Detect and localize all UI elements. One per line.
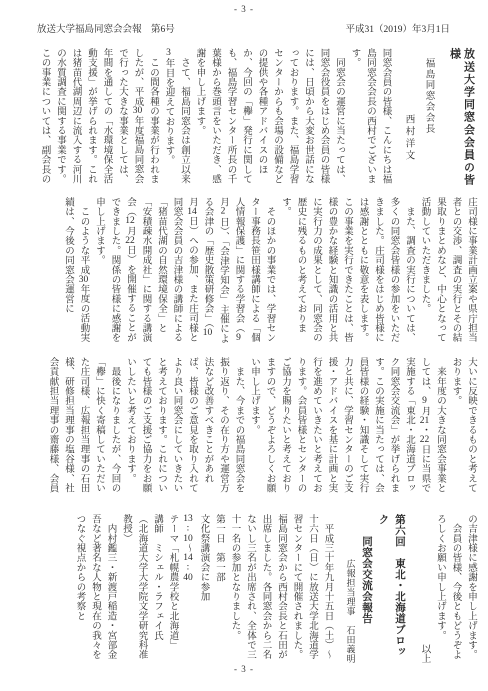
page-number-bottom: - 3 - xyxy=(0,664,488,674)
article1-band3: 大いに反映できるものと考えております。 来年度の大きな同窓会事業としては、9月2… xyxy=(36,357,478,495)
article2-title: 第六回 東北・北海道ブロック 同窓会交流会報告 xyxy=(358,514,408,663)
newsletter-title: 放送大学福島同窓会会報 第6号 xyxy=(37,21,175,35)
article1-title-block: 放送大学同窓会会員の皆様 福島同窓会会長 西村洋文 xyxy=(393,48,479,188)
article2-header: 第六回 東北・北海道ブロック 同窓会交流会報告 広報担当理事 石田義明 xyxy=(344,514,408,663)
article1-text-band1: 同窓会員の皆様、こんにちは福島同窓会会長の西村でございます。 同窓会の運営に当た… xyxy=(36,48,393,188)
article1-title: 放送大学同窓会会員の皆様 xyxy=(448,48,476,188)
article1-band2: 庄司様に事業計画立案や県庁担当者との交渉、調査の実行とその結果取りまとめなど、中… xyxy=(36,197,478,344)
article1-closing-word: 以上 xyxy=(416,514,432,663)
article2-byline: 広報担当理事 石田義明 xyxy=(344,514,358,663)
article1-closing-text: の吉津様に感謝を申し上げます。 会員の皆様、今後ともどうぞよろしくお願い申し上げ… xyxy=(432,514,479,663)
bottom-band: の吉津様に感謝を申し上げます。 会員の皆様、今後ともどうぞよろしくお願い申し上げ… xyxy=(36,514,478,663)
page-number-top: - 3 - xyxy=(0,4,488,14)
issue-date: 平成31（2019）年3月1日 xyxy=(345,21,450,35)
page-header: 放送大学福島同窓会会報 第6号 平成31（2019）年3月1日 xyxy=(37,21,450,35)
article1-author-role: 福島同窓会会長 xyxy=(422,48,435,188)
article1-closing-block: の吉津様に感謝を申し上げます。 会員の皆様、今後ともどうぞよろしくお願い申し上げ… xyxy=(416,514,478,663)
article1-author-name: 西村洋文 xyxy=(402,48,415,188)
article1-band1: 同窓会員の皆様、こんにちは福島同窓会会長の西村でございます。 同窓会の運営に当た… xyxy=(36,48,478,188)
article2-body: 平成三十年九月十五日（土）〜十六日（日）に放送大学北海道学習センターにて開催され… xyxy=(71,514,335,663)
newsletter-page: - 3 - 放送大学福島同窓会会報 第6号 平成31（2019）年3月1日 同窓… xyxy=(0,0,488,691)
